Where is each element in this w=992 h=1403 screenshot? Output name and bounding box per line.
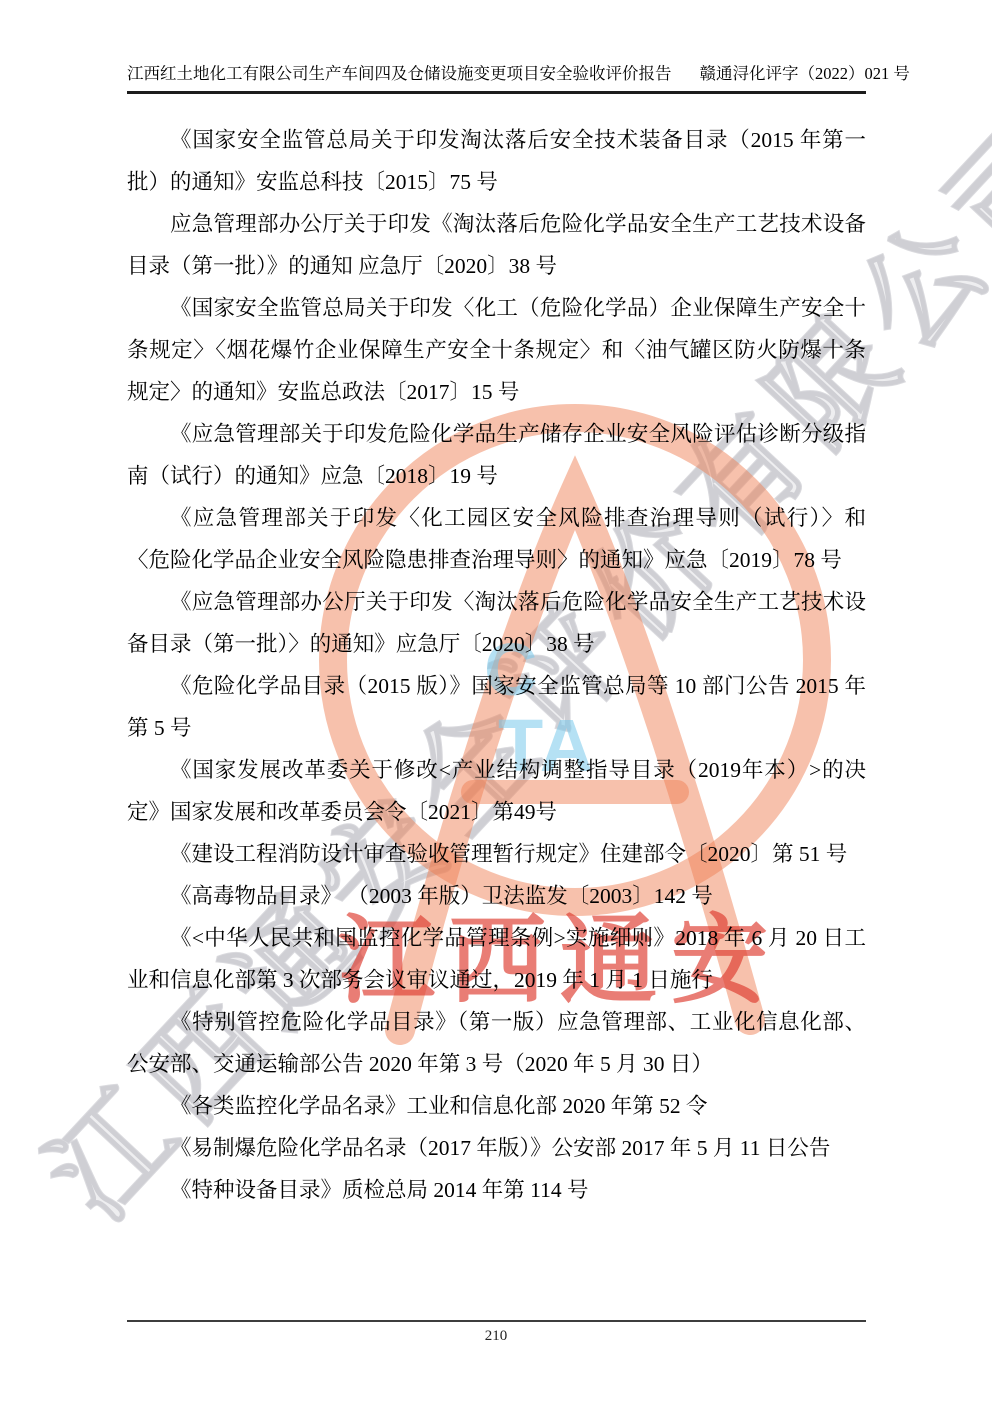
footer-divider	[127, 1320, 866, 1322]
document-number: 赣通浔化评字（2022）021 号	[700, 60, 910, 84]
page-header: 江西红土地化工有限公司生产车间四及仓储设施变更项目安全验收评价报告 赣通浔化评字…	[127, 60, 866, 94]
page-number: 210	[0, 1328, 992, 1345]
regulation-paragraph: 《特别管控危险化学品目录》（第一版）应急管理部、工业化信息化部、公安部、交通运输…	[127, 1001, 866, 1085]
regulation-paragraph: 《高毒物品目录》 （2003 年版）卫法监发〔2003〕142 号	[127, 875, 866, 917]
regulation-paragraph: 《易制爆危险化学品名录（2017 年版）》公安部 2017 年 5 月 11 日…	[127, 1127, 866, 1169]
report-title: 江西红土地化工有限公司生产车间四及仓储设施变更项目安全验收评价报告	[127, 60, 672, 84]
regulation-paragraph: 《国家安全监管总局关于印发〈化工（危险化学品）企业保障生产安全十条规定〉〈烟花爆…	[127, 287, 866, 413]
regulation-paragraph: 《国家发展改革委关于修改<产业结构调整指导目录（2019年本）>的决定》国家发展…	[127, 749, 866, 833]
regulation-paragraph: 《应急管理部办公厅关于印发〈淘汰落后危险化学品安全生产工艺技术设备目录（第一批）…	[127, 581, 866, 665]
regulation-paragraph: 《危险化学品目录（2015 版）》国家安全监管总局等 10 部门公告 2015 …	[127, 665, 866, 749]
regulation-paragraph: 《<中华人民共和国监控化学品管理条例>实施细则》2018 年 6 月 20 日工…	[127, 917, 866, 1001]
document-page: 江西通安全评价有限公司 CTA 江西通安 江西红土地化工有限公司生产车间四及仓储…	[0, 0, 992, 1403]
regulation-paragraph: 《应急管理部关于印发危险化学品生产储存企业安全风险评估诊断分级指南（试行）的通知…	[127, 413, 866, 497]
regulation-paragraph: 应急管理部办公厅关于印发《淘汰落后危险化学品安全生产工艺技术设备目录（第一批）》…	[127, 203, 866, 287]
regulation-paragraph: 《各类监控化学品名录》工业和信息化部 2020 年第 52 令	[127, 1085, 866, 1127]
regulation-paragraph: 《特种设备目录》质检总局 2014 年第 114 号	[127, 1169, 866, 1211]
regulation-paragraph: 《国家安全监管总局关于印发淘汰落后安全技术装备目录（2015 年第一批）的通知》…	[127, 119, 866, 203]
regulation-paragraph: 《建设工程消防设计审查验收管理暂行规定》住建部令〔2020〕第 51 号	[127, 833, 866, 875]
regulation-paragraph: 《应急管理部关于印发〈化工园区安全风险排查治理导则（试行）〉和〈危险化学品企业安…	[127, 497, 866, 581]
document-body: 《国家安全监管总局关于印发淘汰落后安全技术装备目录（2015 年第一批）的通知》…	[127, 119, 866, 1211]
